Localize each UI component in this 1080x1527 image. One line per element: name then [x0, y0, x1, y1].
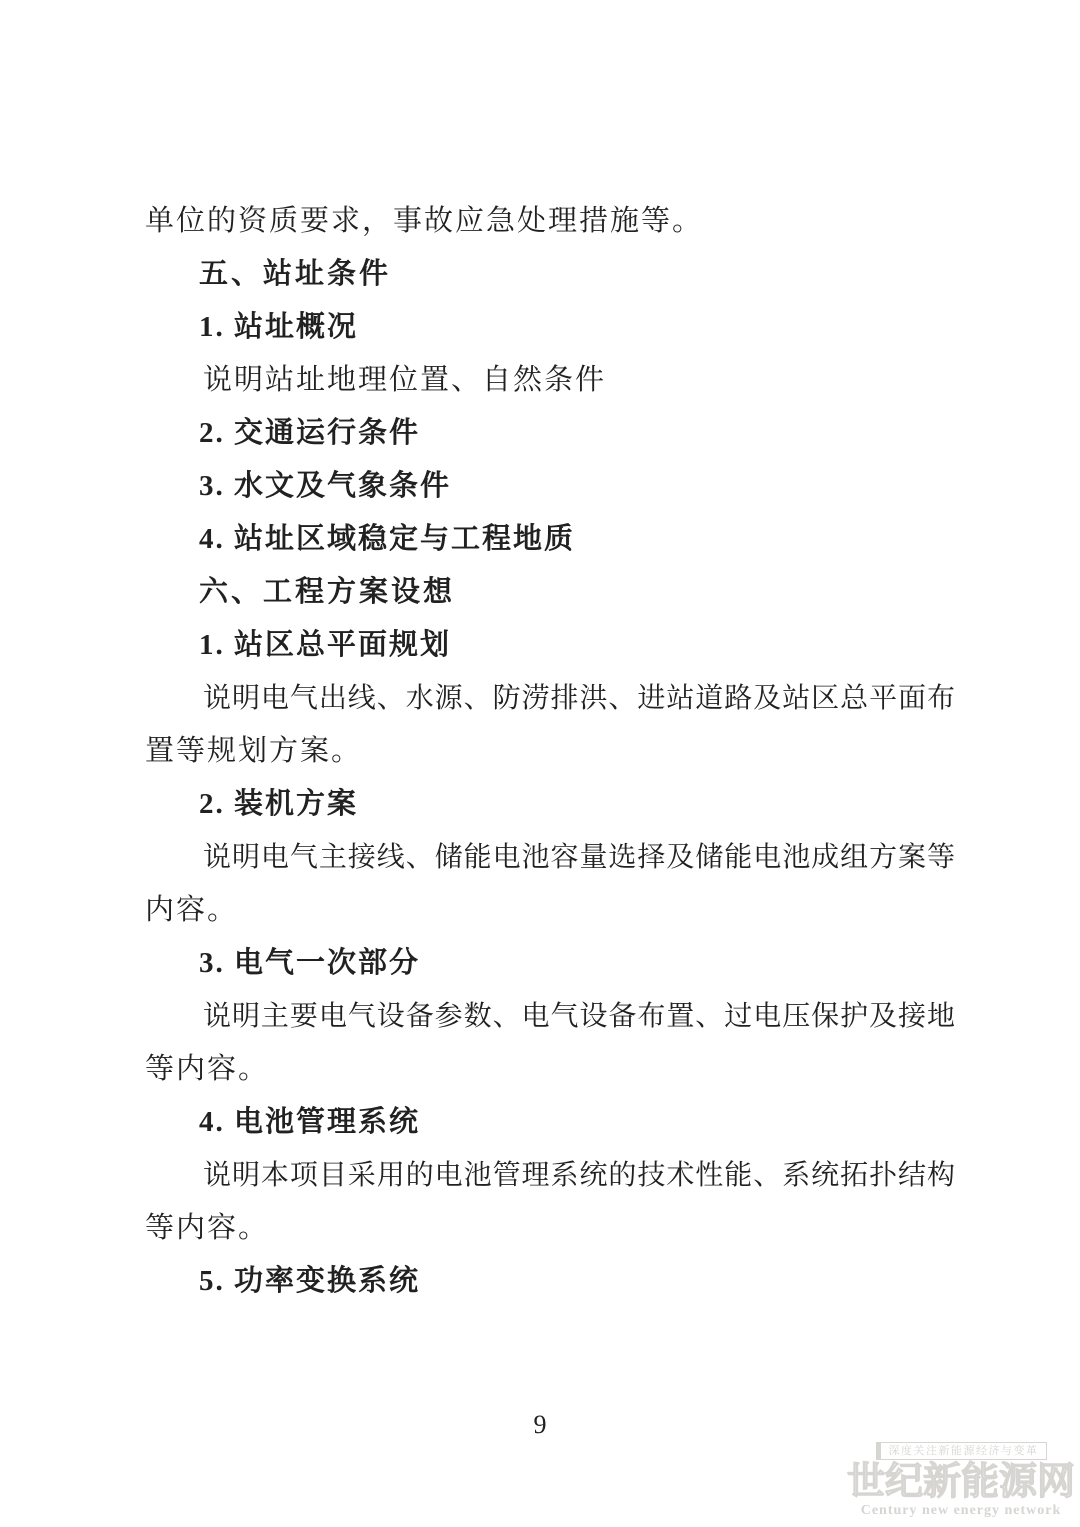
paragraph-continuation: 置等规划方案。: [145, 725, 955, 778]
sub-heading: 2. 交通运行条件: [145, 407, 955, 460]
sub-heading: 5. 功率变换系统: [145, 1255, 955, 1308]
watermark-slogan: 深度关注新能源经济与变革: [876, 1442, 1047, 1460]
section-heading: 六、工程方案设想: [145, 566, 955, 619]
sub-heading: 1. 站址概况: [145, 301, 955, 354]
sub-heading: 3. 电气一次部分: [145, 937, 955, 990]
paragraph: 说明主要电气设备参数、电气设备布置、过电压保护及接地: [145, 990, 955, 1043]
paragraph: 说明电气主接线、储能电池容量选择及储能电池成组方案等: [145, 831, 955, 884]
document-body: 单位的资质要求，事故应急处理措施等。五、站址条件1. 站址概况说明站址地理位置、…: [145, 195, 955, 1308]
sub-heading: 4. 电池管理系统: [145, 1096, 955, 1149]
watermark-title: 世纪新能源网: [843, 1461, 1079, 1503]
section-heading: 五、站址条件: [145, 248, 955, 301]
paragraph: 说明本项目采用的电池管理系统的技术性能、系统拓扑结构: [145, 1149, 955, 1202]
paragraph: 说明电气出线、水源、防涝排洪、进站道路及站区总平面布: [145, 672, 955, 725]
sub-heading: 1. 站区总平面规划: [145, 619, 955, 672]
paragraph-continuation: 内容。: [145, 884, 955, 937]
paragraph: 说明站址地理位置、自然条件: [145, 354, 955, 407]
paragraph-continuation: 单位的资质要求，事故应急处理措施等。: [145, 195, 955, 248]
sub-heading: 3. 水文及气象条件: [145, 460, 955, 513]
paragraph-continuation: 等内容。: [145, 1202, 955, 1255]
paragraph-continuation: 等内容。: [145, 1043, 955, 1096]
watermark-subtitle: Century new energy network: [843, 1503, 1079, 1519]
document-page: 单位的资质要求，事故应急处理措施等。五、站址条件1. 站址概况说明站址地理位置、…: [0, 0, 1080, 1527]
watermark: 深度关注新能源经济与变革 世纪新能源网 Century new energy n…: [843, 1441, 1079, 1519]
sub-heading: 2. 装机方案: [145, 778, 955, 831]
sub-heading: 4. 站址区域稳定与工程地质: [145, 513, 955, 566]
page-number: 9: [0, 1410, 1080, 1440]
